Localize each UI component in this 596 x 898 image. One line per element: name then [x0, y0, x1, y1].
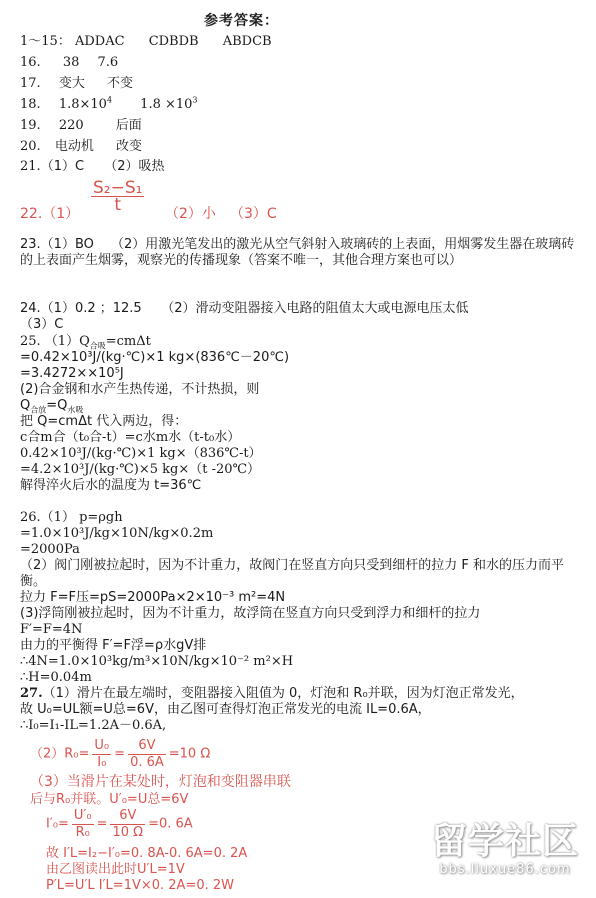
label: 17. [20, 76, 41, 91]
answer-21: 21.（1）C （2）吸热 [20, 159, 164, 175]
answer-25-line-4: (2)合金钢和水产生热传递，不计热损，则 [20, 382, 259, 398]
watermark-logo: 留学社区 bbs.liuxue86.com [425, 822, 585, 877]
answer-1-15: 1～15： ADDAC CDBDB ABDCB [20, 34, 272, 50]
answer: 变大 [59, 76, 85, 91]
answer-26-line-3: =2000Pa [20, 542, 80, 558]
part-2: （2）小 [165, 206, 216, 222]
answer-25-line-2: =0.42×10³J/(kg·℃)×1 kg×(836℃－20℃) [20, 350, 289, 366]
answer-25-line-9: =4.2×10³J/(kg·℃)×5 kg×（t -20℃） [20, 462, 260, 478]
text: （1）滑片在最左端时，变阻器接入阻值为 0，灯泡和 R₀并联，因为灯泡正常发光， [43, 686, 524, 701]
part-3: （3）C [230, 206, 277, 222]
text: =0. 6A [148, 817, 193, 832]
answer: 7.6 [98, 55, 119, 70]
text: = [97, 817, 108, 832]
answer: 1.8 ×10 [140, 97, 192, 112]
answer-26-line-2: =1.0×10³J/kg×10N/kg×0.2m [20, 526, 213, 542]
part-2: （2）吸热 [104, 159, 164, 174]
answer-26-line-8: 由力的平衡得 F′=F浮=ρ水gV排 [20, 638, 206, 654]
answer-27-part-3-line-3: I′₀=U′₀R₀=6V10 Ω=0. 6A [46, 808, 193, 838]
answer-27-part-3-line-6: P′L=U′L I′L=1V×0. 2A=0. 2W [46, 878, 234, 894]
answer-27-part-3-line-1: （3）当滑片在某处时，灯泡和变阻器串联 [30, 774, 291, 790]
answer-27-part-3-line-2: 后与R₀并联。U′₀=U总=6V [30, 792, 188, 808]
answer-26-line-1: 26.（1） p=ρgh [20, 510, 123, 526]
answer: 不变 [107, 76, 133, 91]
page-title: 参考答案： [204, 10, 279, 30]
fraction: 6V0. 6A [128, 738, 166, 771]
part-1: （1）C [41, 159, 84, 174]
answer: 电动机 [55, 139, 94, 154]
answer-27-part-2: （2）R₀=U₀I₀=6V0. 6A=10 Ω [30, 738, 210, 768]
group-2: CDBDB [149, 34, 199, 49]
answer-26-line-6: (3)浮筒刚被拉起时，因为不计重力，故浮筒在竖直方向只受到浮力和细杆的拉力 [20, 606, 480, 622]
answer-27-line-3: ∴I₀=I₁-IL=1.2A－0.6A, [20, 718, 166, 734]
answer: 38 [63, 55, 80, 70]
answer-18: 18. 1.8×104 1.8 ×103 [20, 97, 198, 113]
answer: 220 [59, 118, 84, 133]
denominator: R₀ [72, 825, 94, 841]
exponent: 4 [107, 96, 112, 105]
label: 1～15： [20, 34, 71, 49]
numerator: 6V [110, 808, 145, 825]
denominator: t [91, 197, 144, 213]
answer-24-line-2: （3）C [20, 317, 63, 333]
group-1: ADDAC [75, 34, 125, 49]
fraction: U₀I₀ [92, 738, 111, 771]
fraction: U′₀R₀ [72, 808, 94, 841]
answer-25-line-6: 把 Q=cmΔt 代入两边，得： [20, 414, 187, 430]
answer-26-line-10: ∴H=0.04m [20, 670, 92, 686]
answer-25-line-7: c合m合（t₀合-t）=c水m水（t-t₀水） [20, 430, 240, 446]
text: =Q [46, 398, 67, 413]
answer: 改变 [116, 139, 142, 154]
label: 20. [20, 139, 41, 154]
answer-16: 16. 38 7.6 [20, 55, 118, 71]
answer-27-line-2: 故 U₀=UL额=U总=6V，由乙图可查得灯泡正常发光的电流 IL=0.6A， [20, 702, 431, 718]
answer-27-part-3-line-4: 故 I′L=I₂−I′₀=0. 8A-0. 6A=0. 2A [46, 846, 247, 862]
answer-26-line-9: ∴4N=1.0×10³kg/m³×10N/kg×10⁻² m²×H [20, 654, 293, 670]
watermark-text: 留学社区 [425, 822, 585, 862]
label: 22.（1） [20, 206, 79, 222]
group-3: ABDCB [223, 34, 272, 49]
answer-27-line-1: 27.（1）滑片在最左端时，变阻器接入阻值为 0，灯泡和 R₀并联，因为灯泡正常… [20, 686, 524, 702]
fraction: 6V10 Ω [110, 808, 145, 841]
answer-25-line-10: 解得淬火后水的温度为 t=36℃ [20, 478, 201, 494]
numerator: 6V [128, 738, 166, 755]
answer-17: 17. 变大 不变 [20, 76, 133, 92]
text: 25. （1）Q [20, 334, 90, 349]
answer: 1.8×10 [59, 97, 107, 112]
answer-25-line-5: Q合放=Q水吸 [20, 398, 83, 414]
fraction: S₂−S₁ t [91, 180, 144, 213]
text: =10 Ω [169, 747, 211, 762]
label: 19. [20, 118, 41, 133]
label: 16. [20, 55, 41, 70]
text: I′₀= [46, 817, 69, 832]
denominator: 10 Ω [110, 825, 145, 841]
numerator: U′₀ [72, 808, 94, 825]
text: （2）R₀= [30, 747, 89, 762]
answer-26-line-7: F′=F=4N [20, 622, 82, 638]
text: =cmΔt [106, 334, 151, 349]
numerator: U₀ [92, 738, 111, 755]
answer-26-line-5: 拉力 F=F压=pS=2000Pa×2×10⁻³ m²=4N [20, 590, 285, 606]
denominator: I₀ [92, 755, 111, 771]
answer-25-line-1: 25. （1）Q合吸=cmΔt [20, 334, 151, 350]
answer-26-line-4: （2）阀门刚被拉起时，因为不计重力，故阀门在竖直方向只受到细杆的拉力 F 和水的… [20, 558, 580, 590]
exponent: 3 [192, 96, 197, 105]
answer-25-line-3: =3.4272××10⁵J [20, 366, 124, 382]
denominator: 0. 6A [128, 755, 166, 771]
answer-25-line-8: 0.42×10³J/(kg·℃)×1 kg×（836℃-t） [20, 446, 262, 462]
answer-19: 19. 220 后面 [20, 118, 142, 134]
label: 21. [20, 159, 41, 174]
answer-24-line-1: 24.（1）0.2 ；12.5 （2）滑动变阻器接入电路的阻值太大或电源电压太低 [20, 301, 468, 317]
text: = [114, 747, 125, 762]
answer-20: 20. 电动机 改变 [20, 139, 142, 155]
text: Q [20, 398, 30, 413]
answer: 后面 [116, 118, 142, 133]
label: 27. [20, 686, 43, 701]
watermark-url: bbs.liuxue86.com [425, 862, 585, 877]
answer-23: 23.（1）BO （2）用激光笔发出的激光从空气斜射入玻璃砖的上表面，用烟雾发生… [20, 237, 580, 269]
label: 18. [20, 97, 41, 112]
answer-27-part-3-line-5: 由乙图读出此时U′L=1V [46, 862, 185, 878]
